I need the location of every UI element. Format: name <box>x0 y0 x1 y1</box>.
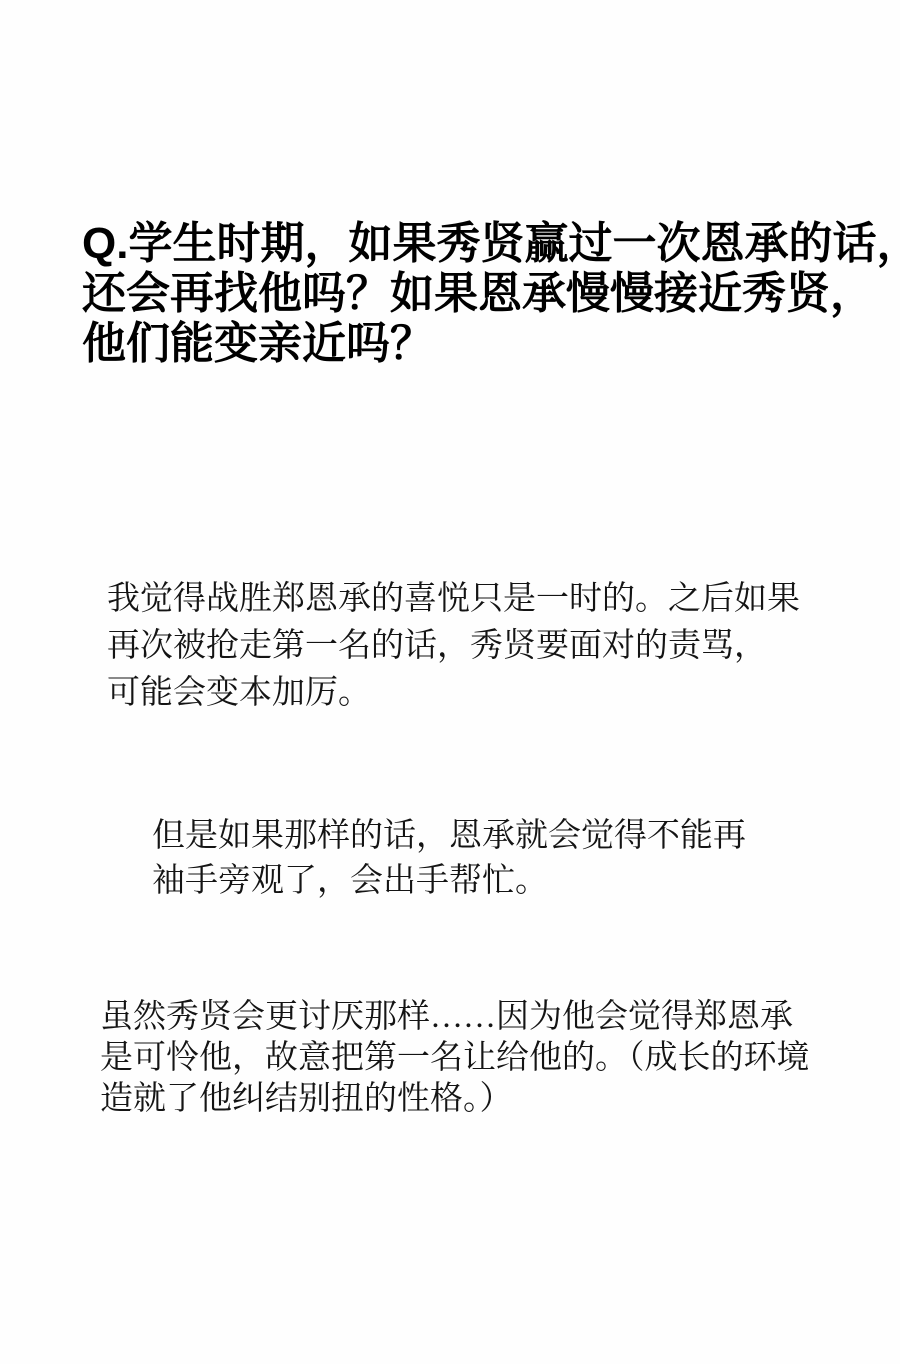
answer-2-line-2: 袖手旁观了，会出手帮忙。 <box>152 859 746 904</box>
question-line-3: 他们能变亲近吗？ <box>82 319 900 369</box>
qa-document-page: Q.学生时期，如果秀贤赢过一次恩承的话， 还会再找他吗？如果恩承慢慢接近秀贤， … <box>0 0 900 1364</box>
answer-paragraph-2: 但是如果那样的话，恩承就会觉得不能再 袖手旁观了，会出手帮忙。 <box>152 814 746 904</box>
answer-1-line-2: 再次被抢走第一名的话，秀贤要面对的责骂， <box>107 623 800 670</box>
answer-paragraph-1: 我觉得战胜郑恩承的喜悦只是一时的。之后如果 再次被抢走第一名的话，秀贤要面对的责… <box>107 576 800 717</box>
answer-3-line-2: 是可怜他，故意把第一名让给他的。（成长的环境 <box>100 1038 810 1079</box>
answer-3-line-1: 虽然秀贤会更讨厌那样……因为他会觉得郑恩承 <box>100 997 810 1038</box>
answer-1-line-1: 我觉得战胜郑恩承的喜悦只是一时的。之后如果 <box>107 576 800 623</box>
question-line-2: 还会再找他吗？如果恩承慢慢接近秀贤， <box>82 269 900 319</box>
answer-paragraph-3: 虽然秀贤会更讨厌那样……因为他会觉得郑恩承 是可怜他，故意把第一名让给他的。（成… <box>100 997 810 1120</box>
question-line-1: Q.学生时期，如果秀贤赢过一次恩承的话， <box>82 219 900 269</box>
answer-2-line-1: 但是如果那样的话，恩承就会觉得不能再 <box>152 814 746 859</box>
answer-3-line-3: 造就了他纠结别扭的性格。） <box>100 1079 810 1120</box>
question-heading: Q.学生时期，如果秀贤赢过一次恩承的话， 还会再找他吗？如果恩承慢慢接近秀贤， … <box>82 219 900 369</box>
answer-1-line-3: 可能会变本加厉。 <box>107 670 800 717</box>
